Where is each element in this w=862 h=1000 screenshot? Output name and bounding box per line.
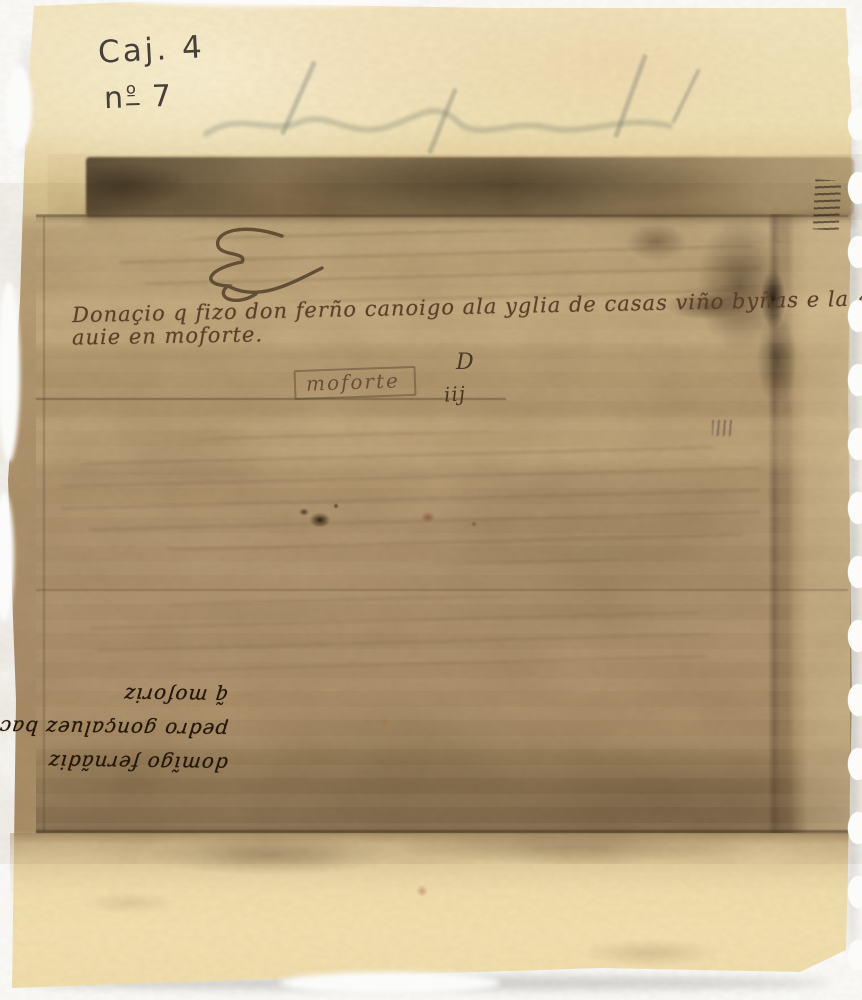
scanned-parchment-page: Caj. 4 nº 7 Donaçio q fizo don ferño can… bbox=[0, 0, 862, 1000]
crease-line-bottom bbox=[36, 830, 848, 833]
ink-hatch-marks bbox=[813, 179, 842, 230]
roman-numeral-mark: iij bbox=[443, 381, 467, 406]
letter-mark: D bbox=[456, 350, 474, 375]
crease-line-lower bbox=[36, 589, 848, 591]
deckled-bottom-edge bbox=[280, 972, 500, 994]
deckled-left-edge bbox=[6, 66, 32, 150]
rotated-inscription: domĩgo fernãdiz pedro gonçaluez bachille… bbox=[9, 676, 228, 781]
deckled-right-edge bbox=[838, 30, 862, 970]
numero-ordinal: º bbox=[125, 82, 139, 107]
numero-value: 7 bbox=[139, 79, 175, 115]
crease-line-middle bbox=[36, 398, 506, 400]
dorsal-title-line-2: auie en moforte. bbox=[72, 322, 263, 349]
crease-line-top bbox=[36, 215, 848, 217]
rotated-inscription-line: domĩgo fernãdiz bbox=[8, 744, 229, 781]
archive-number-label: nº 7 bbox=[103, 79, 174, 116]
boxed-place-word: moforte bbox=[294, 366, 417, 400]
paraph-flourish-mark bbox=[190, 222, 330, 302]
archive-box-label: Caj. 4 bbox=[97, 29, 205, 71]
ghost-handwriting-stroke bbox=[200, 70, 720, 160]
rotated-inscription-line: q̃ moſoriz bbox=[9, 677, 230, 714]
ink-dash-marks bbox=[712, 420, 732, 436]
bleedthrough-text-band bbox=[90, 596, 710, 680]
numero-n: n bbox=[103, 80, 126, 116]
rotated-inscription-line: pedro gonçaluez bachilleres bbox=[8, 711, 229, 748]
top-fold-stain-band bbox=[86, 157, 854, 217]
bottom-fold-flap bbox=[10, 833, 848, 983]
bleedthrough-text-band bbox=[60, 432, 760, 564]
